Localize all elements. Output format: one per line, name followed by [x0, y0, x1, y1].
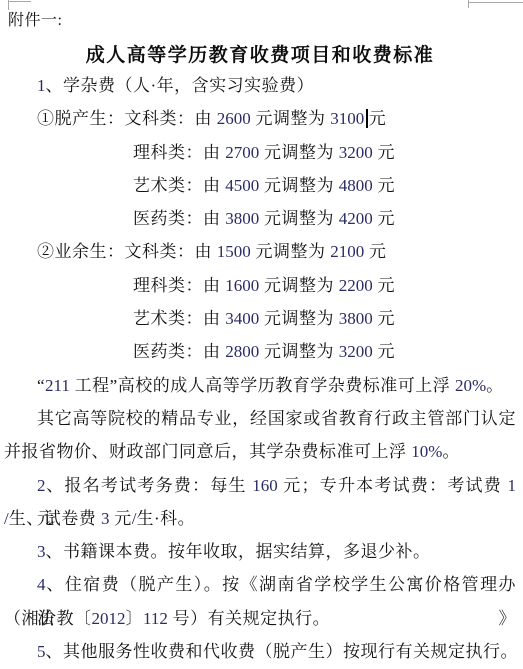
crop-mark-top-right [468, 2, 523, 3]
document-body: 1、学杂费（人·年，含实习实验费） ①脱产生：文科类：由 2600 元调整为 3… [4, 69, 516, 668]
text-line-other-colleges-2: 并报省物价、财政部门同意后，其学杂费标准可上浮 10%。 [4, 435, 516, 468]
attachment-label: 附件一: [8, 10, 62, 32]
text-line-fulltime-science: 理科类：由 2700 元调整为 3200 元 [4, 136, 516, 169]
text-line-tuition-heading: 1、学杂费（人·年，含实习实验费） [4, 69, 516, 102]
text-cursor [366, 109, 368, 128]
text-line-fulltime-arts: 艺术类：由 4500 元调整为 4800 元 [4, 169, 516, 202]
document-page[interactable]: 附件一: 成人高等学历教育收费项目和收费标准 1、学杂费（人·年，含实习实验费）… [0, 0, 523, 669]
text-line-parttime-science: 理科类：由 1600 元调整为 2200 元 [4, 269, 516, 302]
text-line-parttime-arts: 艺术类：由 3400 元调整为 3800 元 [4, 302, 516, 335]
text-after-cursor: 元 [369, 109, 387, 128]
text-line-textbook-fee: 3、书籍课本费。按年收取，据实结算，多退少补。 [4, 535, 516, 568]
text-line-211-project: “211 工程”高校的成人高等学历教育学杂费标准可上浮 20%。 [4, 369, 516, 402]
text-line-fulltime-medicine: 医药类：由 3800 元调整为 4200 元 [4, 202, 516, 235]
crop-mark-top-left [8, 1, 31, 2]
text-line-parttime-medicine: 医药类：由 2800 元调整为 3200 元 [4, 335, 516, 368]
text-line-exam-fee-1: 2、报名考试考务费：每生 160 元；专升本考试费：考试费 1 元 [4, 469, 516, 502]
crop-mark-top-right [468, 0, 469, 8]
text-line-fulltime-liberal-arts: ①脱产生：文科类：由 2600 元调整为 3100元 [4, 102, 516, 135]
text-line-accommodation-1: 4、住宿费（脱产生）。按《湖南省学校学生公寓价格管理办法》 [4, 568, 516, 601]
text-line-exam-fee-2: /生、试卷费 3 元/生·科。 [4, 502, 516, 535]
text-line-other-services: 5、其他服务性收费和代收费（脱产生）按现行有关规定执行。 [4, 635, 516, 668]
text-before-cursor: ①脱产生：文科类：由 2600 元调整为 3100 [37, 109, 364, 128]
text-line-parttime-liberal-arts: ②业余生：文科类：由 1500 元调整为 2100 元 [4, 235, 516, 268]
text-line-other-colleges-1: 其它高等院校的精品专业，经国家或省教育行政主管部门认定 [4, 402, 516, 435]
document-title: 成人高等学历教育收费项目和收费标准 [4, 43, 516, 68]
